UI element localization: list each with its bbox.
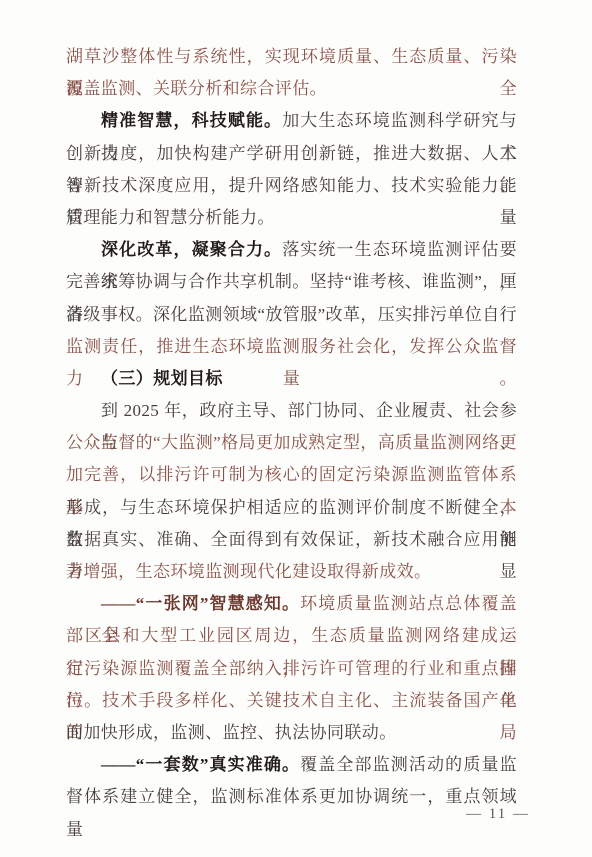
text-line: ——“一套数”真实准确。覆盖全部监测活动的质量监 [66,749,517,781]
text-segment-bold: ——“一张网”智慧感知。 [101,594,300,613]
text-line: ——“一张网”智慧感知。环境质量监测站点总体覆盖全 [66,588,517,620]
text-line: 创新力度，加快构建产学研用创新链，推进大数据、人工智能 [66,138,517,170]
text-line: 精准智慧，科技赋能。加大生态环境监测科学研究与技术 [66,105,517,137]
text-segment: 面加快形成，监测、监控、执法协同联动。 [66,723,397,742]
text-segment-bold: ——“一套数”真实准确。 [101,755,300,774]
text-line: 形成，与生态环境保护相适应的监测评价制度不断健全，监测 [66,492,517,524]
text-segment: 覆盖全部监测活动的质量监 [300,755,517,774]
text-segment-bold: （三）规划目标 [101,369,223,388]
text-segment-bold: 深化改革，凝聚合力。 [101,240,282,259]
text-line: 等新技术深度应用，提升网络感知能力、技术实验能力、质量 [66,170,517,202]
text-segment: 公众监督的“大监测”格局更加成熟定型，高质量监测网络更 [66,433,517,452]
document-page: 湖草沙整体性与系统性，实现环境质量、生态质量、污染源全覆盖监测、关联分析和综合评… [0,0,592,857]
text-line: 部区县和大型工业园区周边，生态质量监测网络建成运行，固 [66,620,517,652]
text-line: 定污染源监测覆盖全部纳入排污许可管理的行业和重点排污单 [66,653,517,685]
text-line: 监测责任，推进生态环境监测服务社会化，发挥公众监督力量。 [66,331,517,363]
text-line: 公众监督的“大监测”格局更加成熟定型，高质量监测网络更 [66,427,517,459]
text-segment: 覆盖监测、关联分析和综合评估。 [66,79,327,98]
text-segment: 著增强，生态环境监测现代化建设取得新成效。 [66,562,431,581]
text-line: 湖草沙整体性与系统性，实现环境质量、生态质量、污染源全 [66,41,517,73]
text-line: 完善统筹协调与合作共享机制。坚持“谁考核、谁监测”，厘清 [66,266,517,298]
text-segment: 管理能力和智慧分析能力。 [66,208,275,227]
document-body: 湖草沙整体性与系统性，实现环境质量、生态质量、污染源全覆盖监测、关联分析和综合评… [66,41,517,814]
text-line: 位。技术手段多样化、关键技术自主化、主流装备国产化的局 [66,685,517,717]
text-line: 深化改革，凝聚合力。落实统一生态环境监测评估要求， [66,234,517,266]
text-line: 加完善，以排污许可制为核心的固定污染源监测监管体系基本 [66,459,517,491]
text-line: 数据真实、准确、全面得到有效保证，新技术融合应用能力显 [66,524,517,556]
text-line: 各级事权。深化监测领域“放管服”改革，压实排污单位自行 [66,299,517,331]
text-line: 督体系建立健全，监测标准体系更加协调统一，重点领域量 [66,781,517,813]
text-segment-bold: 精准智慧，科技赋能。 [101,111,282,130]
text-line: 到 2025 年，政府主导、部门协同、企业履责、社会参与、 [66,395,517,427]
page-number: — 11 — [466,806,530,823]
text-segment: 督体系建立健全，监测标准体系更加协调统一，重点领域量 [66,787,517,838]
text-segment: 各级事权。深化监测领域“放管服”改革，压实排污单位自行 [66,305,517,324]
